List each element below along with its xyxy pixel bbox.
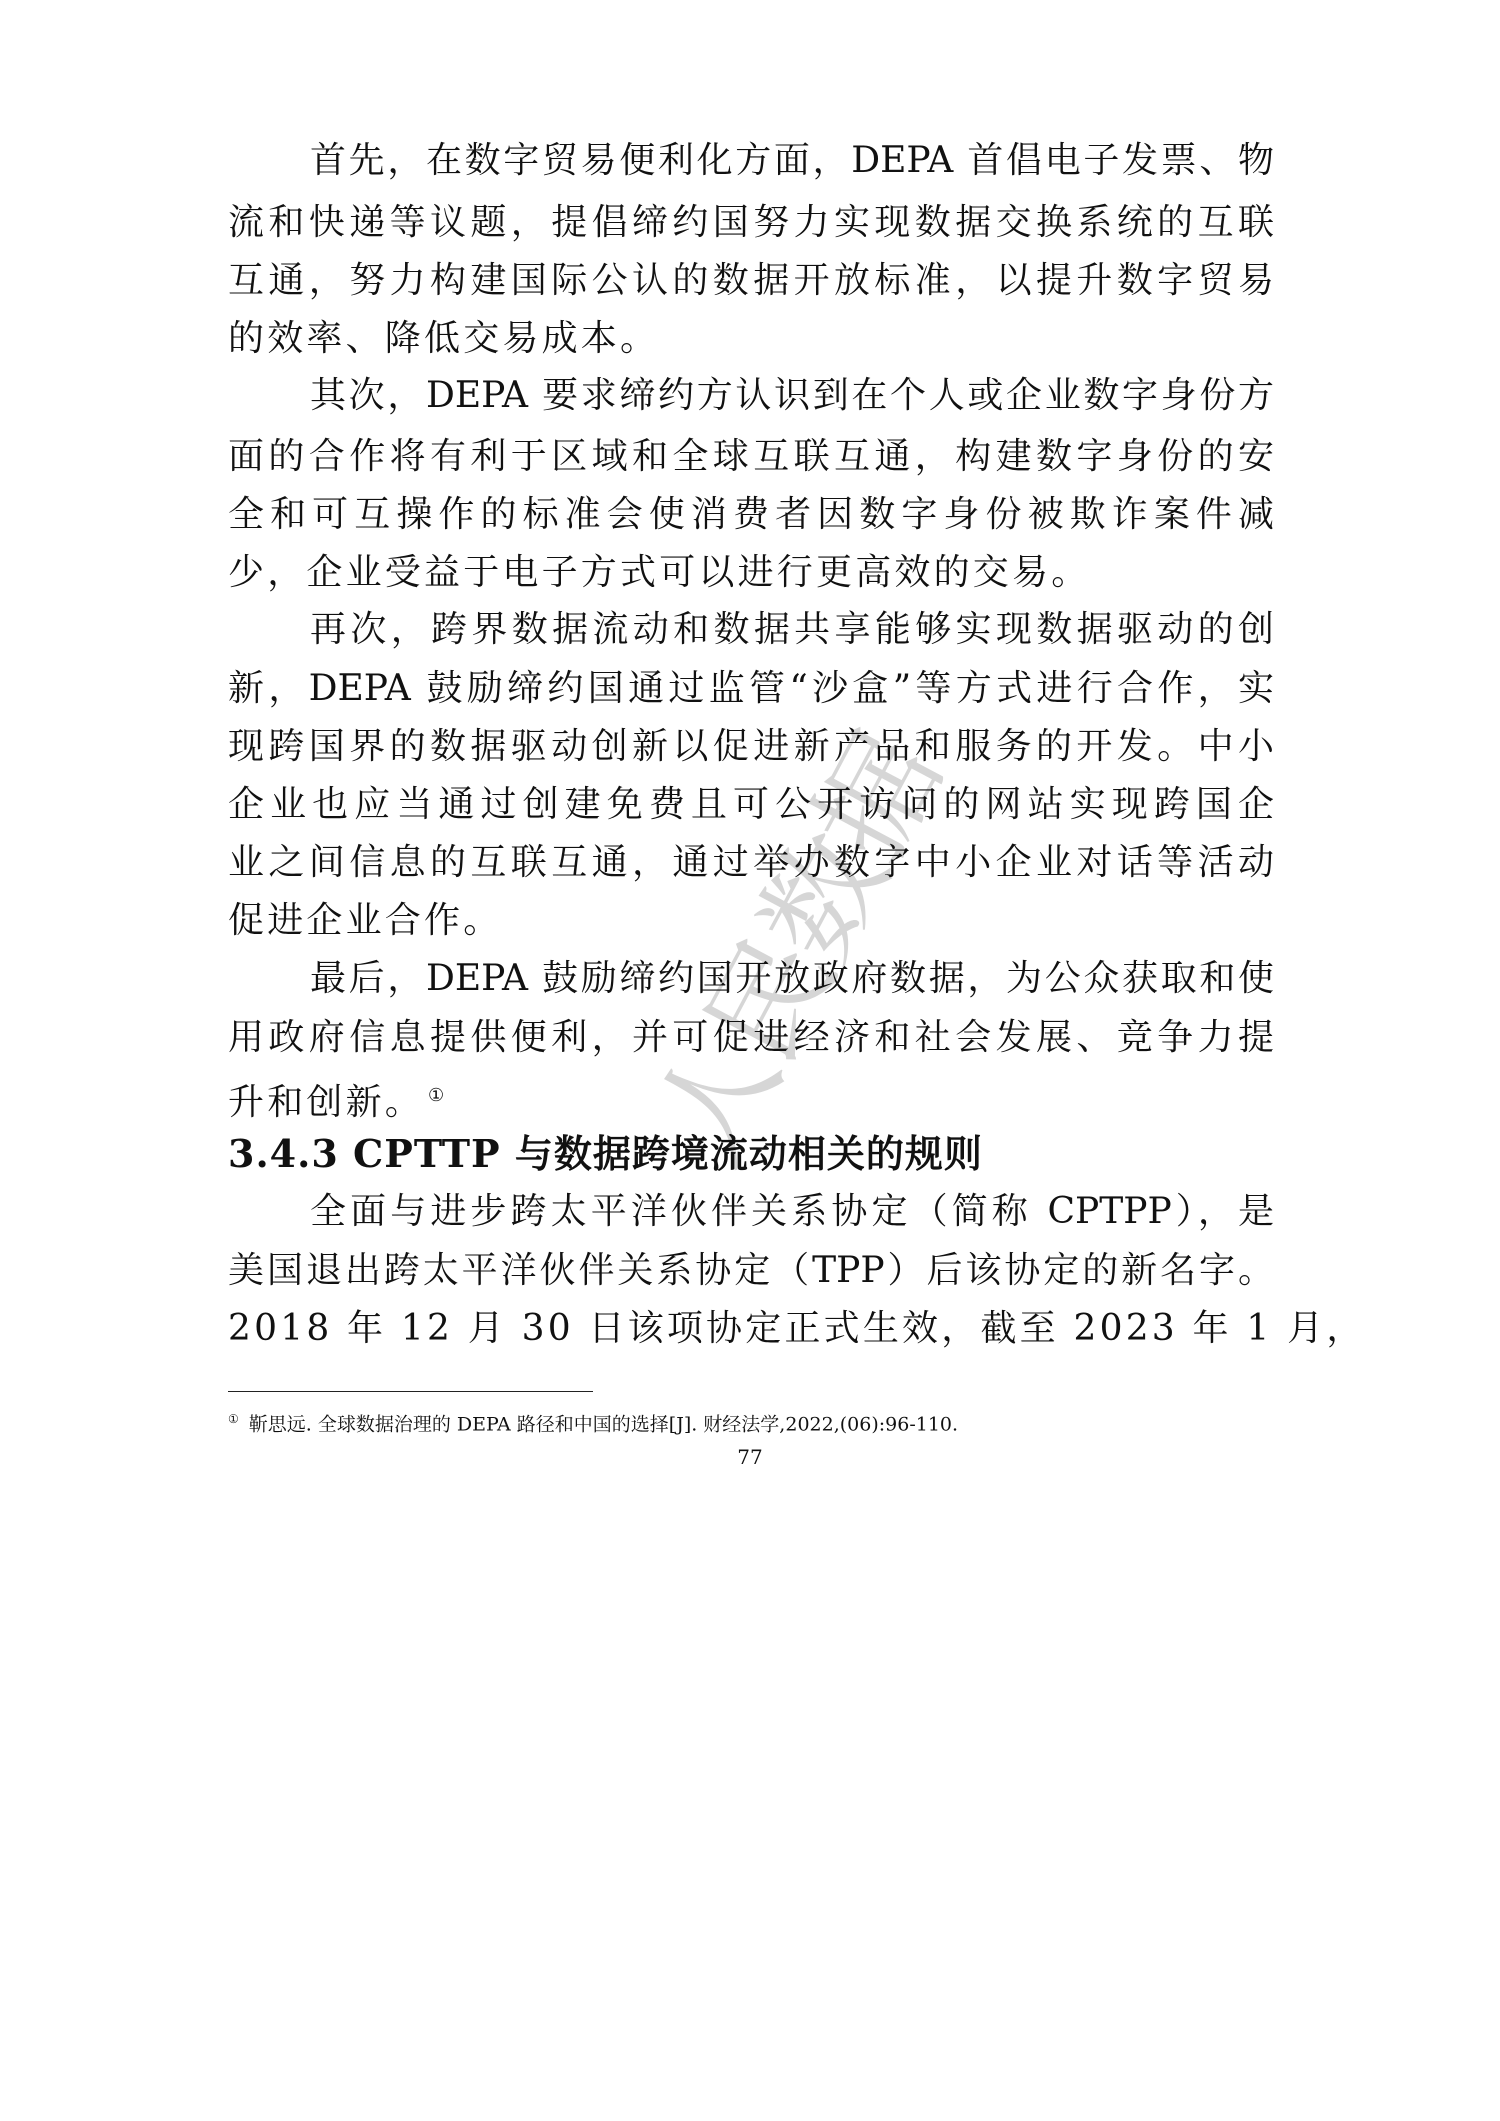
- paragraph-4-line-2: 用政府信息提供便利，并可促进经济和社会发展、竞争力提: [228, 1008, 1274, 1068]
- paragraph-5-line-2: 美国退出跨太平洋伙伴关系协定（TPP）后该协定的新名字。: [228, 1241, 1274, 1301]
- paragraph-3-line-6: 促进企业合作。: [228, 891, 1288, 951]
- page-number: 77: [0, 1444, 1500, 1470]
- paragraph-1-line-2: 流和快递等议题，提倡缔约国努力实现数据交换系统的互联: [228, 193, 1274, 253]
- paragraph-3-line-2: 新，DEPA 鼓励缔约国通过监管“沙盒”等方式进行合作，实: [228, 659, 1274, 719]
- paragraph-5-line-1: 全面与进步跨太平洋伙伴关系协定（简称 CPTPP），是: [310, 1182, 1274, 1242]
- footnote-mark: ①: [228, 1412, 239, 1426]
- paragraph-4-line-3: 升和创新。①: [228, 1066, 1288, 1126]
- paragraph-3-line-1: 再次，跨界数据流动和数据共享能够实现数据驱动的创: [310, 600, 1274, 660]
- paragraph-2-line-4: 少，企业受益于电子方式可以进行更高效的交易。: [228, 543, 1288, 603]
- document-page: 人民数据 首先，在数字贸易便利化方面，DEPA 首倡电子发票、物 流和快递等议题…: [0, 0, 1500, 2121]
- paragraph-5-line-3: 2018 年 12 月 30 日该项协定正式生效，截至 2023 年 1 月，: [228, 1299, 1288, 1359]
- footnote-separator: [228, 1391, 593, 1392]
- paragraph-2-line-2: 面的合作将有利于区域和全球互联互通，构建数字身份的安: [228, 427, 1274, 487]
- footnote-reference[interactable]: ①: [428, 1085, 447, 1106]
- paragraph-3-line-3: 现跨国界的数据驱动创新以促进新产品和服务的开发。中小: [228, 717, 1274, 777]
- paragraph-2-line-1: 其次，DEPA 要求缔约方认识到在个人或企业数字身份方: [310, 366, 1274, 426]
- paragraph-1-line-1: 首先，在数字贸易便利化方面，DEPA 首倡电子发票、物: [310, 131, 1274, 191]
- paragraph-1-line-4: 的效率、降低交易成本。: [228, 309, 1288, 369]
- paragraph-3-line-5: 业之间信息的互联互通，通过举办数字中小企业对话等活动: [228, 833, 1274, 893]
- footnote-text: 靳思远. 全球数据治理的 DEPA 路径和中国的选择[J]. 财经法学,2022…: [249, 1413, 958, 1435]
- footnote: ①靳思远. 全球数据治理的 DEPA 路径和中国的选择[J]. 财经法学,202…: [228, 1406, 958, 1437]
- paragraph-4-line-3-text: 升和创新。: [228, 1082, 424, 1123]
- paragraph-3-line-4: 企业也应当通过创建免费且可公开访问的网站实现跨国企: [228, 775, 1274, 835]
- section-heading: 3.4.3 CPTTP 与数据跨境流动相关的规则: [228, 1124, 983, 1184]
- paragraph-1-line-3: 互通，努力构建国际公认的数据开放标准，以提升数字贸易: [228, 251, 1274, 311]
- paragraph-2-line-3: 全和可互操作的标准会使消费者因数字身份被欺诈案件减: [228, 485, 1274, 545]
- paragraph-4-line-1: 最后，DEPA 鼓励缔约国开放政府数据，为公众获取和使: [310, 949, 1274, 1009]
